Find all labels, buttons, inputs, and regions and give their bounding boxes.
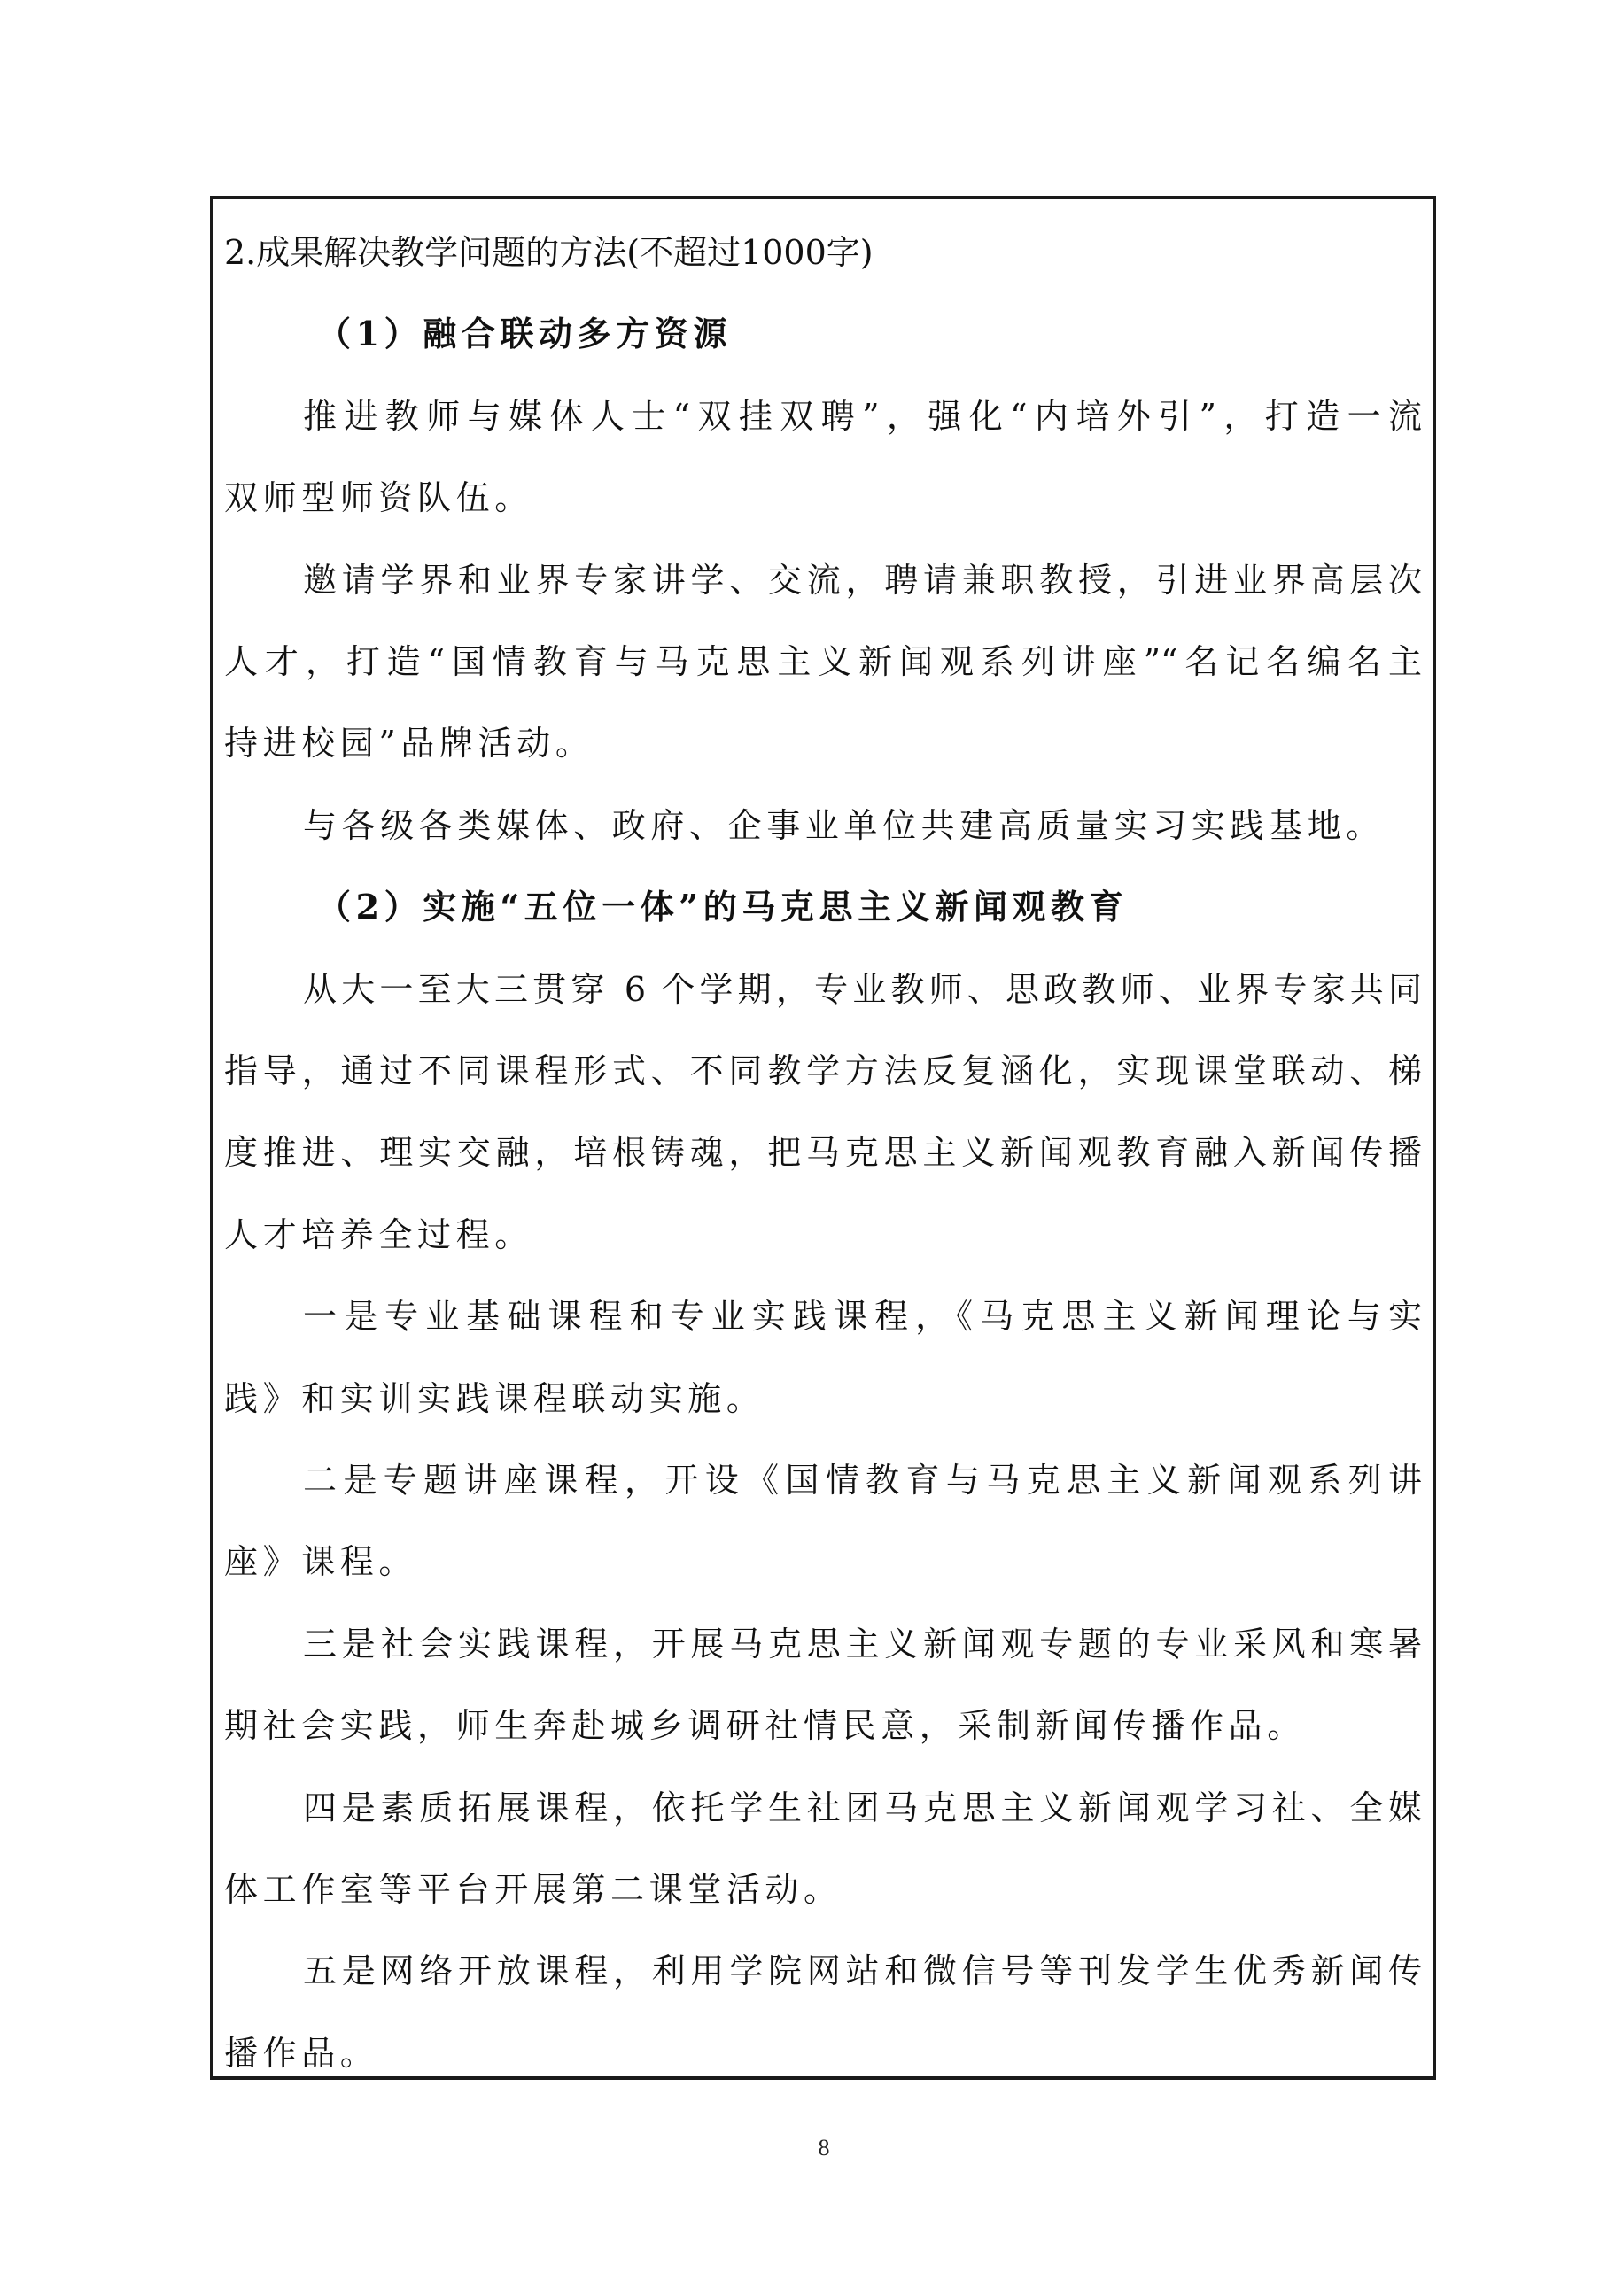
paragraph-line: 一是专业基础课程和专业实践课程，《马克思主义新闻理论与实 [224,1290,1422,1343]
paragraph-line: 持进校园”品牌活动。 [224,717,1422,770]
paragraph-line: 三是社会实践课程，开展马克思主义新闻观专题的专业采风和寒暑 [224,1617,1422,1671]
page-number: 8 [797,2133,850,2163]
document-page: 2.成果解决教学问题的方法(不超过1000字) （1）融合联动多方资源 推进教师… [0,0,1623,2296]
paragraph-line: 指导，通过不同课程形式、不同教学方法反复涵化，实现课堂联动、梯 [224,1044,1422,1098]
heading-1: （1）融合联动多方资源 [224,307,1422,361]
paragraph-line: 度推进、理实交融，培根铸魂，把马克思主义新闻观教育融入新闻传播 [224,1126,1422,1179]
paragraph-line: 邀请学界和业界专家讲学、交流，聘请兼职教授，引进业界高层次 [224,554,1422,607]
section-title: 2.成果解决教学问题的方法(不超过1000字) [224,226,1422,279]
paragraph-line: 从大一至大三贯穿 6 个学期，专业教师、思政教师、业界专家共同 [224,963,1422,1016]
paragraph-line: 人才，打造“国情教育与马克思主义新闻观系列讲座”“名记名编名主 [224,635,1422,688]
paragraph-line: 与各级各类媒体、政府、企事业单位共建高质量实习实践基地。 [224,799,1422,852]
paragraph-line: 五是网络开放课程，利用学院网站和微信号等刊发学生优秀新闻传 [224,1944,1422,1997]
paragraph-line: 座》课程。 [224,1535,1422,1588]
paragraph-line: 期社会实践，师生奔赴城乡调研社情民意，采制新闻传播作品。 [224,1699,1422,1752]
paragraph-line: 人才培养全过程。 [224,1208,1422,1261]
paragraph-line: 践》和实训实践课程联动实施。 [224,1372,1422,1425]
paragraph-line: 二是专题讲座课程，开设《国情教育与马克思主义新闻观系列讲 [224,1454,1422,1507]
paragraph-line: 播作品。 [224,2027,1422,2080]
heading-2: （2）实施“五位一体”的马克思主义新闻观教育 [224,880,1422,934]
paragraph-line: 双师型师资队伍。 [224,471,1422,524]
paragraph-line: 推进教师与媒体人士“双挂双聘”，强化“内培外引”，打造一流 [224,390,1422,443]
paragraph-line: 四是素质拓展课程，依托学生社团马克思主义新闻观学习社、全媒 [224,1781,1422,1834]
paragraph-line: 体工作室等平台开展第二课堂活动。 [224,1863,1422,1916]
